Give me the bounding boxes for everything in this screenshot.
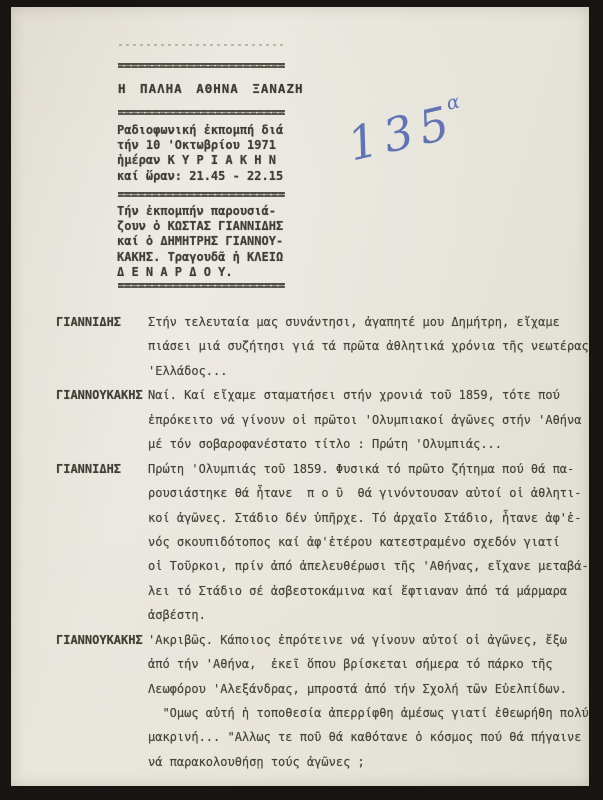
dialogue-block: ΓΙΑΝΝΙΔΗΣ Πρώτη 'Ολυμπιάς τοῦ 1859. Φυσι…: [148, 457, 603, 628]
broadcast-info-line: καί ὥραν: 21.45 - 22.15: [117, 169, 283, 184]
dialogue-block: ΓΙΑΝΝΟΥΚΑΚΗΣ 'Ακριβῶς. Κάποιος ἐπρότεινε…: [148, 628, 603, 775]
broadcast-info-line: τήν 10 'Οκτωβρίου 1971: [117, 138, 283, 153]
dialogue-line: μέ τόν σοβαροφανέστατο τίτλο : Πρώτη 'Ολ…: [148, 432, 603, 456]
broadcast-info: Ραδιοφωνική ἐκπομπή διά τήν 10 'Οκτωβρίο…: [117, 123, 283, 184]
dialogue-line: ρουσιάστηκε θά ἦτανε π ο ῦ θά γινόντουσα…: [148, 481, 603, 505]
presenters-info-line: Τήν ἐκπομπήν παρουσιά-: [117, 204, 283, 219]
presenters-info-line: καί ὁ ΔΗΜΗΤΡΗΣ ΓΙΑΝΝΟΥ-: [117, 234, 283, 249]
paper-sheet: Η ΠΑΛΗΑ ΑΘΗΝΑ ΞΑΝΑΖΗ Ραδιοφωνική ἐκπομπή…: [11, 7, 589, 786]
dialogue-line: Πρώτη 'Ολυμπιάς τοῦ 1859. Φυσικά τό πρῶτ…: [148, 457, 603, 481]
dialogue-block: ΓΙΑΝΝΙΔΗΣ Στήν τελευταία μας συνάντησι, …: [148, 310, 603, 383]
presenters-info: Τήν ἐκπομπήν παρουσιά- ζουν ὁ ΚΩΣΤΑΣ ΓΙΑ…: [117, 204, 283, 280]
dialogue-transcript: ΓΙΑΝΝΙΔΗΣ Στήν τελευταία μας συνάντησι, …: [148, 310, 603, 774]
presenters-info-line: ΚΑΚΗΣ. Τραγουδᾶ ἡ ΚΛΕΙΩ: [117, 250, 283, 265]
handwritten-page-number: 135α: [342, 90, 469, 171]
speaker-label: ΓΙΑΝΝΙΔΗΣ: [56, 457, 148, 481]
broadcast-info-line: ἡμέραν Κ Υ Ρ Ι Α Κ Η Ν: [117, 153, 283, 168]
speaker-label: ΓΙΑΝΝΟΥΚΑΚΗΣ: [56, 383, 148, 407]
broadcast-info-line: Ραδιοφωνική ἐκπομπή διά: [117, 123, 283, 138]
dialogue-line: κοί ἀγῶνες. Στάδιο δέν ὑπῆρχε. Τό ἀρχαῖο…: [148, 506, 603, 530]
dialogue-line: ἀπό τήν 'Αθήνα, ἐκεῖ ὅπου βρίσκεται σήμε…: [148, 652, 603, 676]
dialogue-line: ἀσβέστη.: [148, 603, 603, 627]
dialogue-line: Λεωφόρου 'Αλεξάνδρας, μπροστά ἀπό τήν Σχ…: [148, 677, 603, 701]
divider-rule-mid: [118, 192, 285, 197]
faded-rule: [119, 44, 283, 46]
presenters-info-line: ζουν ὁ ΚΩΣΤΑΣ ΓΙΑΝΝΙΔΗΣ: [117, 219, 283, 234]
dialogue-line: οἱ Τοῦρκοι, πρίν ἀπό ἀπελευθέρωσι τῆς 'Α…: [148, 554, 603, 578]
dialogue-line: "Ομως αὐτή ἡ τοποθεσία ἀπερρίφθη ἀμέσως …: [148, 701, 603, 725]
dialogue-line: ἐπρόκειτο νά γίνουν οἱ πρῶτοι 'Ολυμπιακο…: [148, 408, 603, 432]
handwritten-number: 135: [343, 94, 461, 171]
dialogue-line: Στήν τελευταία μας συνάντησι, ἀγαπητέ μο…: [148, 310, 603, 334]
dialogue-block: ΓΙΑΝΝΟΥΚΑΚΗΣ Ναί. Καί εἴχαμε σταματήσει …: [148, 383, 603, 456]
dialogue-line: νός σκουπιδότοπος καί ἀφ'ἑτέρου κατεστρα…: [148, 530, 603, 554]
speaker-label: ΓΙΑΝΝΟΥΚΑΚΗΣ: [56, 628, 148, 652]
divider-rule-top: [118, 63, 285, 68]
page-title: Η ΠΑΛΗΑ ΑΘΗΝΑ ΞΑΝΑΖΗ: [118, 81, 304, 96]
dialogue-line: 'Ακριβῶς. Κάποιος ἐπρότεινε νά γίνουν αὐ…: [148, 628, 603, 652]
dialogue-line: λει τό Στάδιο σέ ἀσβεστοκάμινα καί ἔφτια…: [148, 579, 603, 603]
presenters-info-line: Δ Ε Ν Α Ρ Δ Ο Υ.: [117, 265, 283, 280]
speaker-label: ΓΙΑΝΝΙΔΗΣ: [56, 310, 148, 334]
dialogue-line: νά παρακολουθήσῃ τούς ἀγῶνες ;: [148, 750, 603, 774]
scanned-document: { "annotation": { "main": "135", "sup": …: [0, 0, 603, 800]
dialogue-line: 'Ελλάδος...: [148, 359, 603, 383]
dialogue-line: μακρινή... "Αλλως τε ποῦ θά καθότανε ὁ κ…: [148, 725, 603, 749]
dialogue-line: πιάσει μιά συζήτησι γιά τά πρῶτα ἀθλητικ…: [148, 334, 603, 358]
dialogue-line: Ναί. Καί εἴχαμε σταματήσει στήν χρονιά τ…: [148, 383, 603, 407]
divider-rule-under-title: [118, 110, 285, 115]
divider-rule-bottom: [118, 283, 285, 288]
